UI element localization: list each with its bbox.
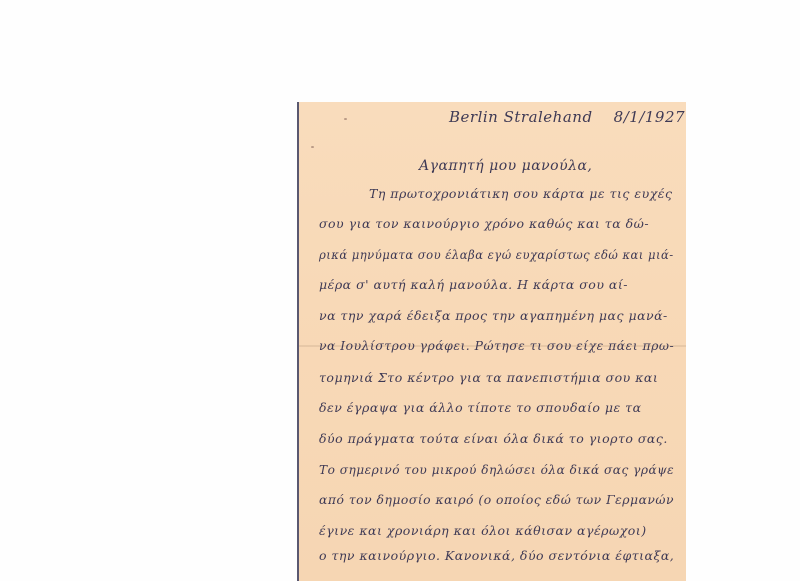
letter-line: σου για τον καινούργιο χρόνο καθώς και τ…: [319, 216, 649, 231]
letter-date: 8/1/1927: [614, 108, 685, 126]
paper-speck: [344, 118, 347, 120]
letter-header: Berlin Stralehand 8/1/1927: [449, 108, 685, 126]
letter-line: ρικά μηνύματα σου έλαβα εγώ ευχαρίστως ε…: [319, 247, 674, 262]
letter-line: δύο πράγματα τούτα είναι όλα δικά το γιο…: [319, 431, 668, 446]
letter-line: Τη πρωτοχρονιάτικη σου κάρτα με τις ευχέ…: [369, 186, 673, 201]
letter-line: τομηνιά Στο κέντρο για τα πανεπιστήμια σ…: [319, 370, 658, 385]
letter-line: έγινε και χρονιάρη και όλοι κάθισαν αγέρ…: [319, 523, 647, 538]
letter-salutation: Αγαπητή μου μανούλα,: [419, 158, 592, 174]
letter-paper: Berlin Stralehand 8/1/1927 Αγαπητή μου μ…: [297, 102, 686, 581]
scanned-page: Berlin Stralehand 8/1/1927 Αγαπητή μου μ…: [0, 0, 800, 581]
letter-line: δεν έγραψα για άλλο τίποτε το σπουδαίο μ…: [319, 400, 642, 415]
letter-line: ο την καινούργιο. Κανονικά, δύο σεντόνια…: [319, 548, 674, 563]
letter-line: να την χαρά έδειξα προς την αγαπημένη μα…: [319, 308, 668, 323]
letter-line: από τον δημοσίο καιρό (ο οποίος εδώ των …: [319, 492, 674, 507]
letter-line: μέρα σ' αυτή καλή μανούλα. Η κάρτα σου α…: [319, 277, 628, 292]
paper-speck: [311, 146, 314, 148]
letter-place: Berlin Stralehand: [449, 108, 593, 126]
letter-line: Το σημερινό του μικρού δηλώσει όλα δικά …: [319, 462, 674, 477]
letter-line: να Ιουλίστρου γράφει. Ρώτησε τι σου είχε…: [319, 338, 674, 353]
